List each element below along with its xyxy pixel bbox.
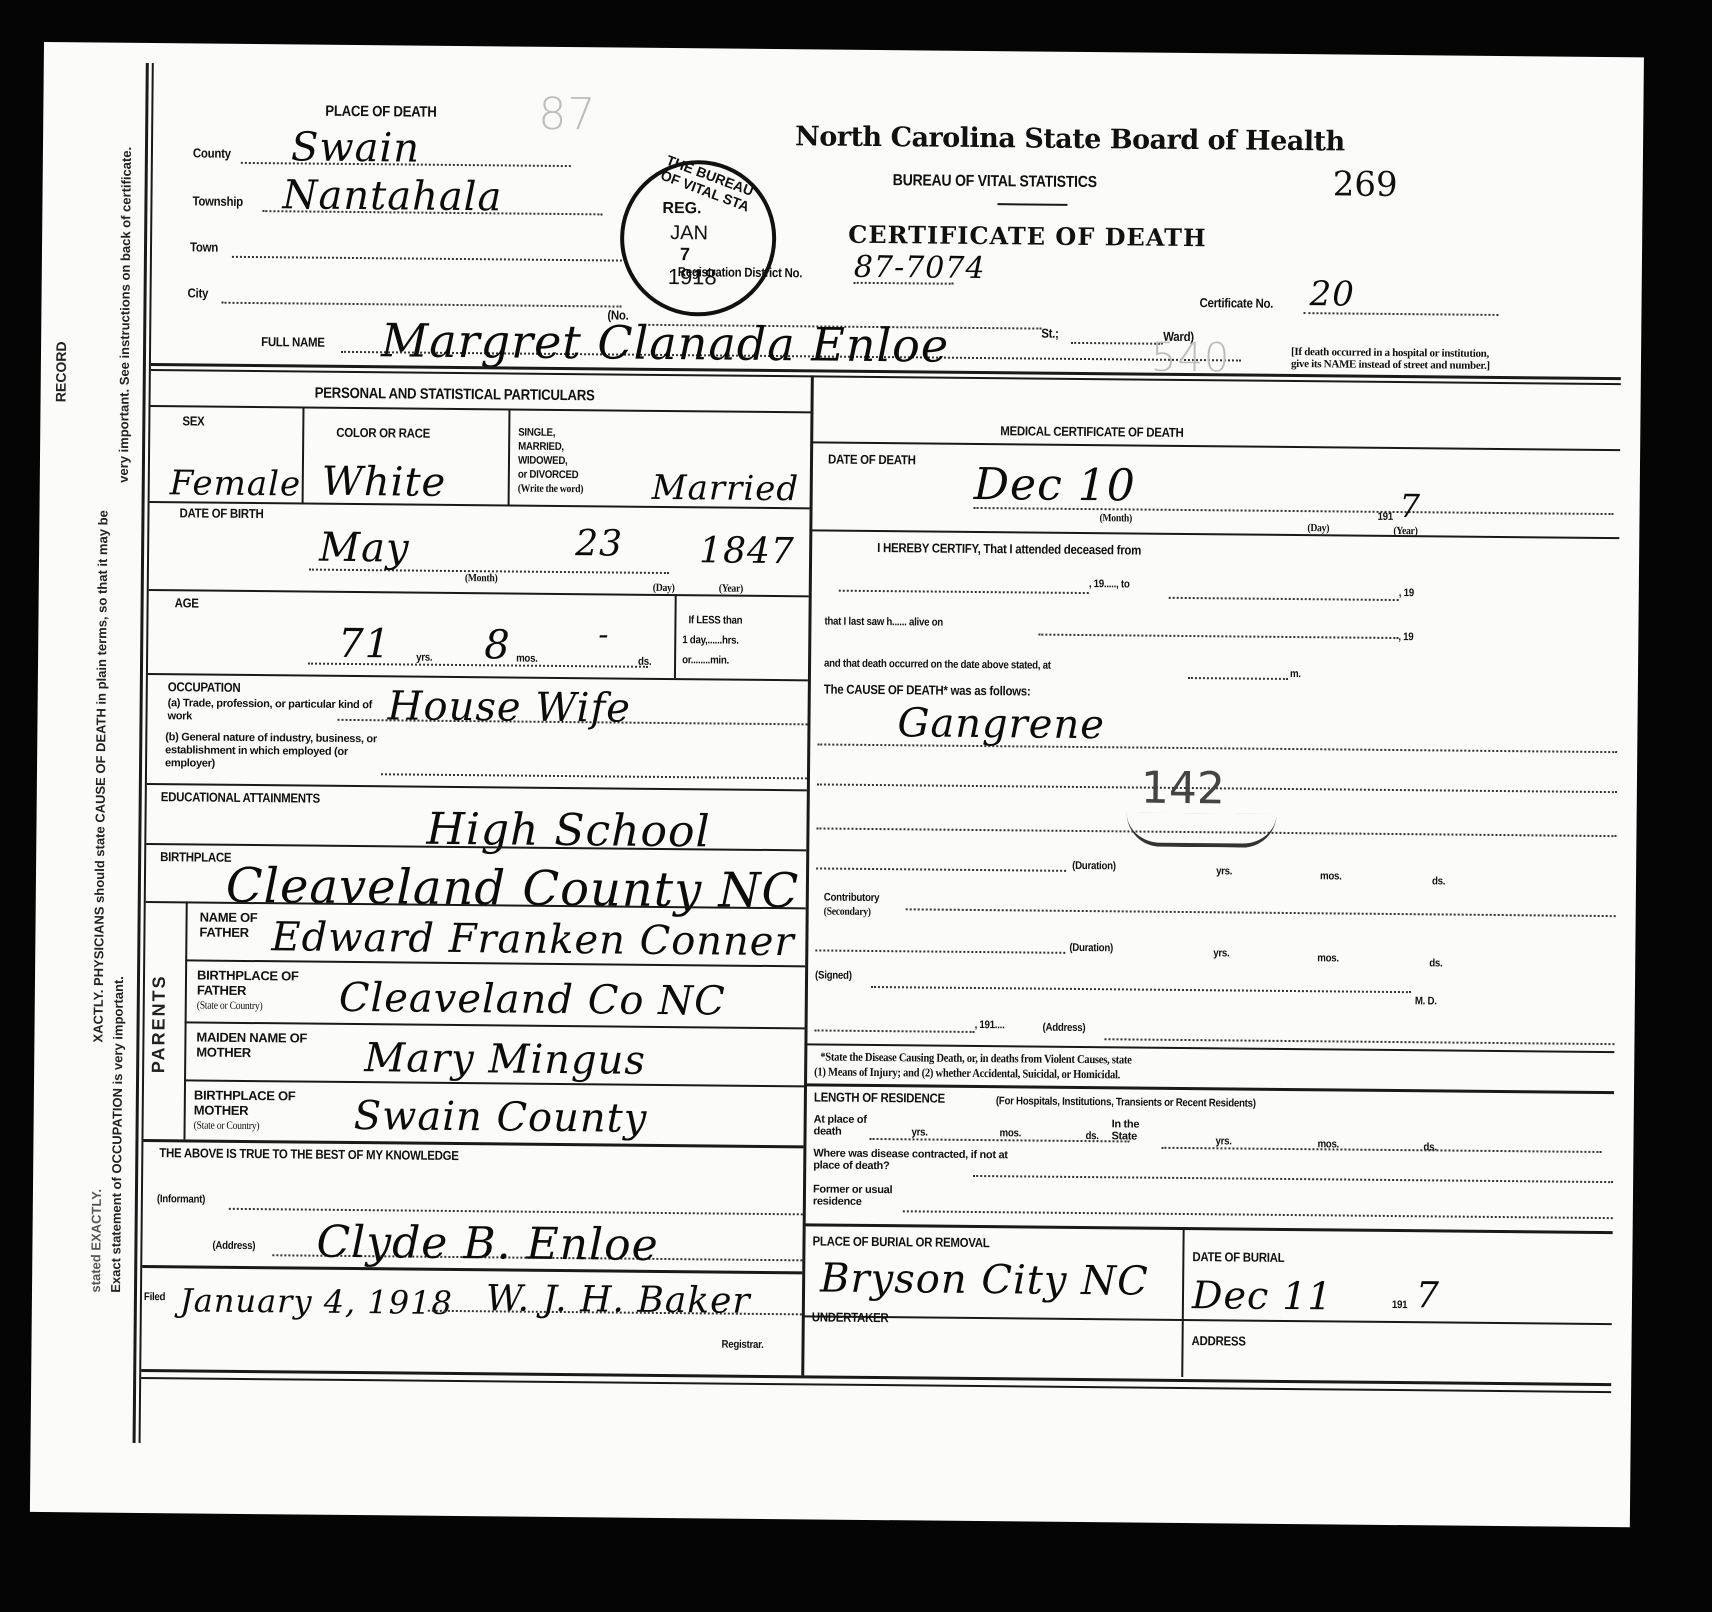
st-label: St.; — [1041, 326, 1059, 341]
marital-value: Married — [652, 468, 800, 509]
burial-date-value: Dec 11 — [1192, 1273, 1333, 1318]
secondary-label: (Secondary) — [824, 906, 871, 918]
dob-year: 1847 — [699, 530, 795, 572]
dod-year-digit: 7 — [1399, 487, 1421, 525]
hospital-note: [If death occurred in a hospital or inst… — [1291, 346, 1491, 372]
county-label: County — [193, 145, 231, 160]
margin-record-text: RECORD — [53, 341, 70, 402]
age-years: 71 — [338, 621, 391, 668]
medical-address-line — [1104, 1038, 1614, 1045]
city-label: City — [188, 285, 209, 300]
dod-label: DATE OF DEATH — [828, 452, 916, 468]
duration-yrs-2: yrs. — [1213, 947, 1229, 959]
duration-label-2: (Duration) — [1069, 942, 1113, 954]
signed-line — [871, 986, 1411, 993]
age-label: AGE — [175, 595, 199, 610]
informant-heading: THE ABOVE IS TRUE TO THE BEST OF MY KNOW… — [159, 1145, 458, 1163]
stamp-day: 7 — [680, 244, 690, 265]
dob-year-caption: (Year) — [719, 583, 743, 595]
contributory-label: Contributory — [824, 892, 880, 905]
duration-mos-1: mos. — [1320, 870, 1342, 882]
cause-value: Gangrene — [897, 700, 1105, 748]
father-name-label: NAME OF FATHER — [199, 910, 279, 941]
in-state-yrs: yrs. — [1215, 1135, 1231, 1147]
mother-name-value: Mary Mingus — [364, 1035, 646, 1084]
certificate-no-label: Certificate No. — [1199, 295, 1273, 311]
dob-day: 23 — [575, 523, 623, 564]
signed-year: , 191.... — [975, 1019, 1005, 1031]
from-year: , 19....., to — [1089, 578, 1130, 590]
duration-mos-2: mos. — [1317, 952, 1339, 964]
to-year: , 19 — [1399, 587, 1414, 599]
dod-month-caption: (Month) — [1099, 512, 1132, 524]
informant-address-value: Clyde B. Enloe — [316, 1217, 659, 1271]
at-place-label: At place of death — [814, 1113, 874, 1138]
stamp-year: 1918 — [668, 264, 717, 290]
full-name-label: FULL NAME — [261, 334, 325, 350]
in-state-ds: ds. — [1423, 1141, 1436, 1153]
md-label: M. D. — [1415, 995, 1437, 1007]
father-birthplace-label: BIRTHPLACE OF FATHER — [197, 968, 307, 999]
town-label: Town — [190, 239, 218, 254]
dob-day-caption: (Day) — [653, 582, 675, 594]
less-than-3: or........min. — [682, 654, 729, 666]
st-line — [1071, 342, 1163, 345]
town-line — [232, 256, 622, 262]
title-rule — [997, 203, 1067, 206]
margin-note-exactly: stated EXACTLY. — [88, 1189, 104, 1293]
duration-ds-2: ds. — [1429, 957, 1442, 969]
dod-year-prefix: 191 — [1377, 511, 1392, 523]
burial-divider — [1181, 1227, 1184, 1377]
race-divider — [508, 408, 511, 506]
marital-line-1: SINGLE, — [518, 427, 555, 439]
burial-place-label: PLACE OF BURIAL OR REMOVAL — [812, 1233, 989, 1250]
cause-label: The CAUSE OF DEATH* was as follows: — [824, 682, 1031, 699]
bureau-title: BUREAU OF VITAL STATISTICS — [893, 172, 1097, 192]
last-saw-text: that I last saw h...... alive on — [824, 616, 943, 629]
burial-place-value: Bryson City NC — [820, 1256, 1149, 1305]
to-line — [1169, 597, 1399, 601]
age-yrs-caption: yrs. — [416, 652, 432, 664]
age-days: - — [598, 617, 609, 652]
at-place-mos: mos. — [1000, 1127, 1022, 1139]
birthplace-value: Cleaveland County NC — [226, 858, 800, 920]
township-label: Township — [192, 193, 243, 208]
occupation-b-line — [381, 773, 807, 779]
father-name-value: Edward Franken Conner — [271, 914, 795, 965]
at-place-ds: ds. — [1085, 1130, 1098, 1142]
cause-code-swoosh — [1126, 812, 1276, 847]
contracted-label: Where was disease contracted, if not at … — [813, 1147, 1033, 1173]
signed-label: (Signed) — [815, 969, 852, 981]
personal-rule — [151, 405, 811, 413]
last-saw-year: , 19 — [1398, 631, 1413, 643]
burial-rule — [805, 1223, 1613, 1234]
death-certificate: RECORD XACTLY. PHYSICIANS should state C… — [30, 42, 1644, 1527]
dod-month-day: Dec 10 — [974, 459, 1136, 512]
dob-month-caption: (Month) — [465, 572, 498, 584]
burial-year-prefix: 191 — [1392, 1299, 1407, 1311]
occupation-label: OCCUPATION — [168, 679, 241, 695]
burial-year-digit: 7 — [1416, 1275, 1440, 1316]
informant-address-label: (Address) — [212, 1240, 255, 1252]
residence-note: (For Hospitals, Institutions, Transients… — [996, 1095, 1256, 1109]
dob-label: DATE OF BIRTH — [179, 505, 263, 521]
race-value: White — [322, 459, 447, 506]
duration-yrs-1: yrs. — [1216, 865, 1232, 877]
contributory-line — [906, 908, 1616, 917]
age-rule — [149, 589, 809, 597]
medical-address-label: (Address) — [1043, 1022, 1086, 1034]
margin-note-instructions: very important. See instructions on back… — [116, 147, 134, 483]
from-line — [839, 590, 1089, 594]
residence-heading: LENGTH OF RESIDENCE — [814, 1089, 945, 1105]
medical-rule — [812, 441, 1620, 451]
in-state-line — [1161, 1147, 1601, 1153]
certificate-no-value: 20 — [1309, 274, 1355, 314]
age-mos-caption: mos. — [516, 653, 538, 665]
stamp-month: JAN — [670, 222, 708, 245]
sex-label: SEX — [182, 413, 204, 428]
duration-line-1 — [816, 867, 1066, 871]
registrar-label: Registrar. — [721, 1339, 763, 1351]
occupation-b-label: (b) General nature of industry, business… — [165, 731, 385, 772]
former-residence-line — [903, 1210, 1613, 1219]
received-stamp: THE BUREAU OF VITAL STA REG. JAN 7 1918 — [619, 160, 776, 317]
bottom-border-inner — [141, 1377, 1611, 1393]
occupation-a-label: (a) Trade, profession, or particular kin… — [167, 697, 377, 725]
birthplace-label: BIRTHPLACE — [160, 849, 231, 865]
occupation-rule — [148, 673, 808, 681]
medical-heading: MEDICAL CERTIFICATE OF DEATH — [1000, 423, 1183, 440]
age-ds-caption: ds. — [638, 656, 651, 668]
informant-line — [229, 1208, 803, 1216]
in-state-mos: mos. — [1317, 1138, 1339, 1150]
filed-label: Filed — [144, 1291, 165, 1303]
marital-line-3: WIDOWED, — [518, 455, 568, 467]
certify-rule — [811, 529, 1619, 539]
cause-code: 142 — [1141, 763, 1225, 815]
sex-value: Female — [170, 463, 302, 504]
age-months: 8 — [484, 622, 511, 668]
burial-address-label: ADDRESS — [1192, 1333, 1246, 1349]
undertaker-label: UNDERTAKER — [812, 1309, 889, 1325]
informant-label: (Informant) — [157, 1193, 205, 1205]
marital-line-4: or DIVORCED — [518, 469, 579, 482]
less-than-1: If LESS than — [688, 614, 742, 627]
marital-line-2: MARRIED, — [518, 441, 564, 453]
sex-divider — [302, 406, 305, 504]
dob-month: May — [319, 525, 410, 572]
certify-text: I HEREBY CERTIFY, That I attended deceas… — [877, 540, 1141, 558]
mother-birthplace-hint: (State or Country) — [194, 1119, 260, 1132]
race-label: COLOR OR RACE — [336, 425, 430, 441]
footnote-2: (1) Means of Injury; and (2) whether Acc… — [814, 1064, 1120, 1082]
parents-side-label: PARENTS — [148, 974, 170, 1073]
last-saw-line — [1038, 634, 1398, 639]
former-residence-label: Former or usual residence — [813, 1183, 933, 1208]
stamp-reg: REG. — [662, 200, 701, 218]
certificate-title: CERTIFICATE OF DEATH — [848, 220, 1207, 252]
education-label: EDUCATIONAL ATTAINMENTS — [161, 789, 320, 806]
township-value: Nantahala — [282, 172, 502, 220]
father-birthplace-hint: (State or Country) — [197, 1000, 263, 1013]
pencil-number: 87 — [538, 89, 596, 141]
signed-date-line — [815, 1029, 975, 1033]
less-than-2: 1 day,......hrs. — [682, 634, 739, 647]
in-state-label: In the State — [1111, 1118, 1161, 1142]
duration-label-1: (Duration) — [1072, 860, 1116, 872]
board-title: North Carolina State Board of Health — [795, 121, 1345, 157]
city-line — [221, 302, 621, 308]
place-of-death-heading: PLACE OF DEATH — [325, 103, 436, 121]
occurred-m: m. — [1290, 668, 1301, 680]
personal-heading: PERSONAL AND STATISTICAL PARTICULARS — [315, 385, 595, 405]
father-birthplace-value: Cleaveland Co NC — [339, 975, 726, 1025]
occupation-value: House Wife — [387, 683, 631, 731]
marital-hint: (Write the word) — [518, 483, 584, 496]
mother-birthplace-label: BIRTHPLACE OF MOTHER — [194, 1087, 304, 1118]
margin-note-physicians: XACTLY. PHYSICIANS should state CAUSE OF… — [90, 510, 110, 1042]
burial-date-label: DATE OF BURIAL — [1192, 1249, 1284, 1265]
less-than-divider — [674, 594, 677, 678]
occurred-line — [1188, 677, 1288, 680]
reg-district-value: 87-7074 — [854, 250, 986, 286]
file-number: 269 — [1333, 164, 1398, 205]
mother-name-label: MAIDEN NAME OF MOTHER — [196, 1030, 336, 1061]
at-place-yrs: yrs. — [912, 1126, 928, 1138]
registrar-signature: W. J. H. Baker — [486, 1278, 751, 1322]
dod-day-caption: (Day) — [1307, 522, 1329, 534]
filed-value: January 4, 1918 — [180, 1281, 453, 1322]
county-value: Swain — [291, 124, 420, 171]
duration-ds-1: ds. — [1432, 875, 1445, 887]
full-name-value: Margret Clanada Enloe — [381, 313, 949, 372]
duration-line-2 — [815, 949, 1065, 953]
occurred-text: and that death occurred on the date abov… — [824, 658, 1051, 672]
margin-note-occupation: Exact statement of OCCUPATION is very im… — [108, 976, 126, 1293]
contracted-line — [973, 1175, 1613, 1183]
mother-birthplace-value: Swain County — [353, 1093, 647, 1142]
